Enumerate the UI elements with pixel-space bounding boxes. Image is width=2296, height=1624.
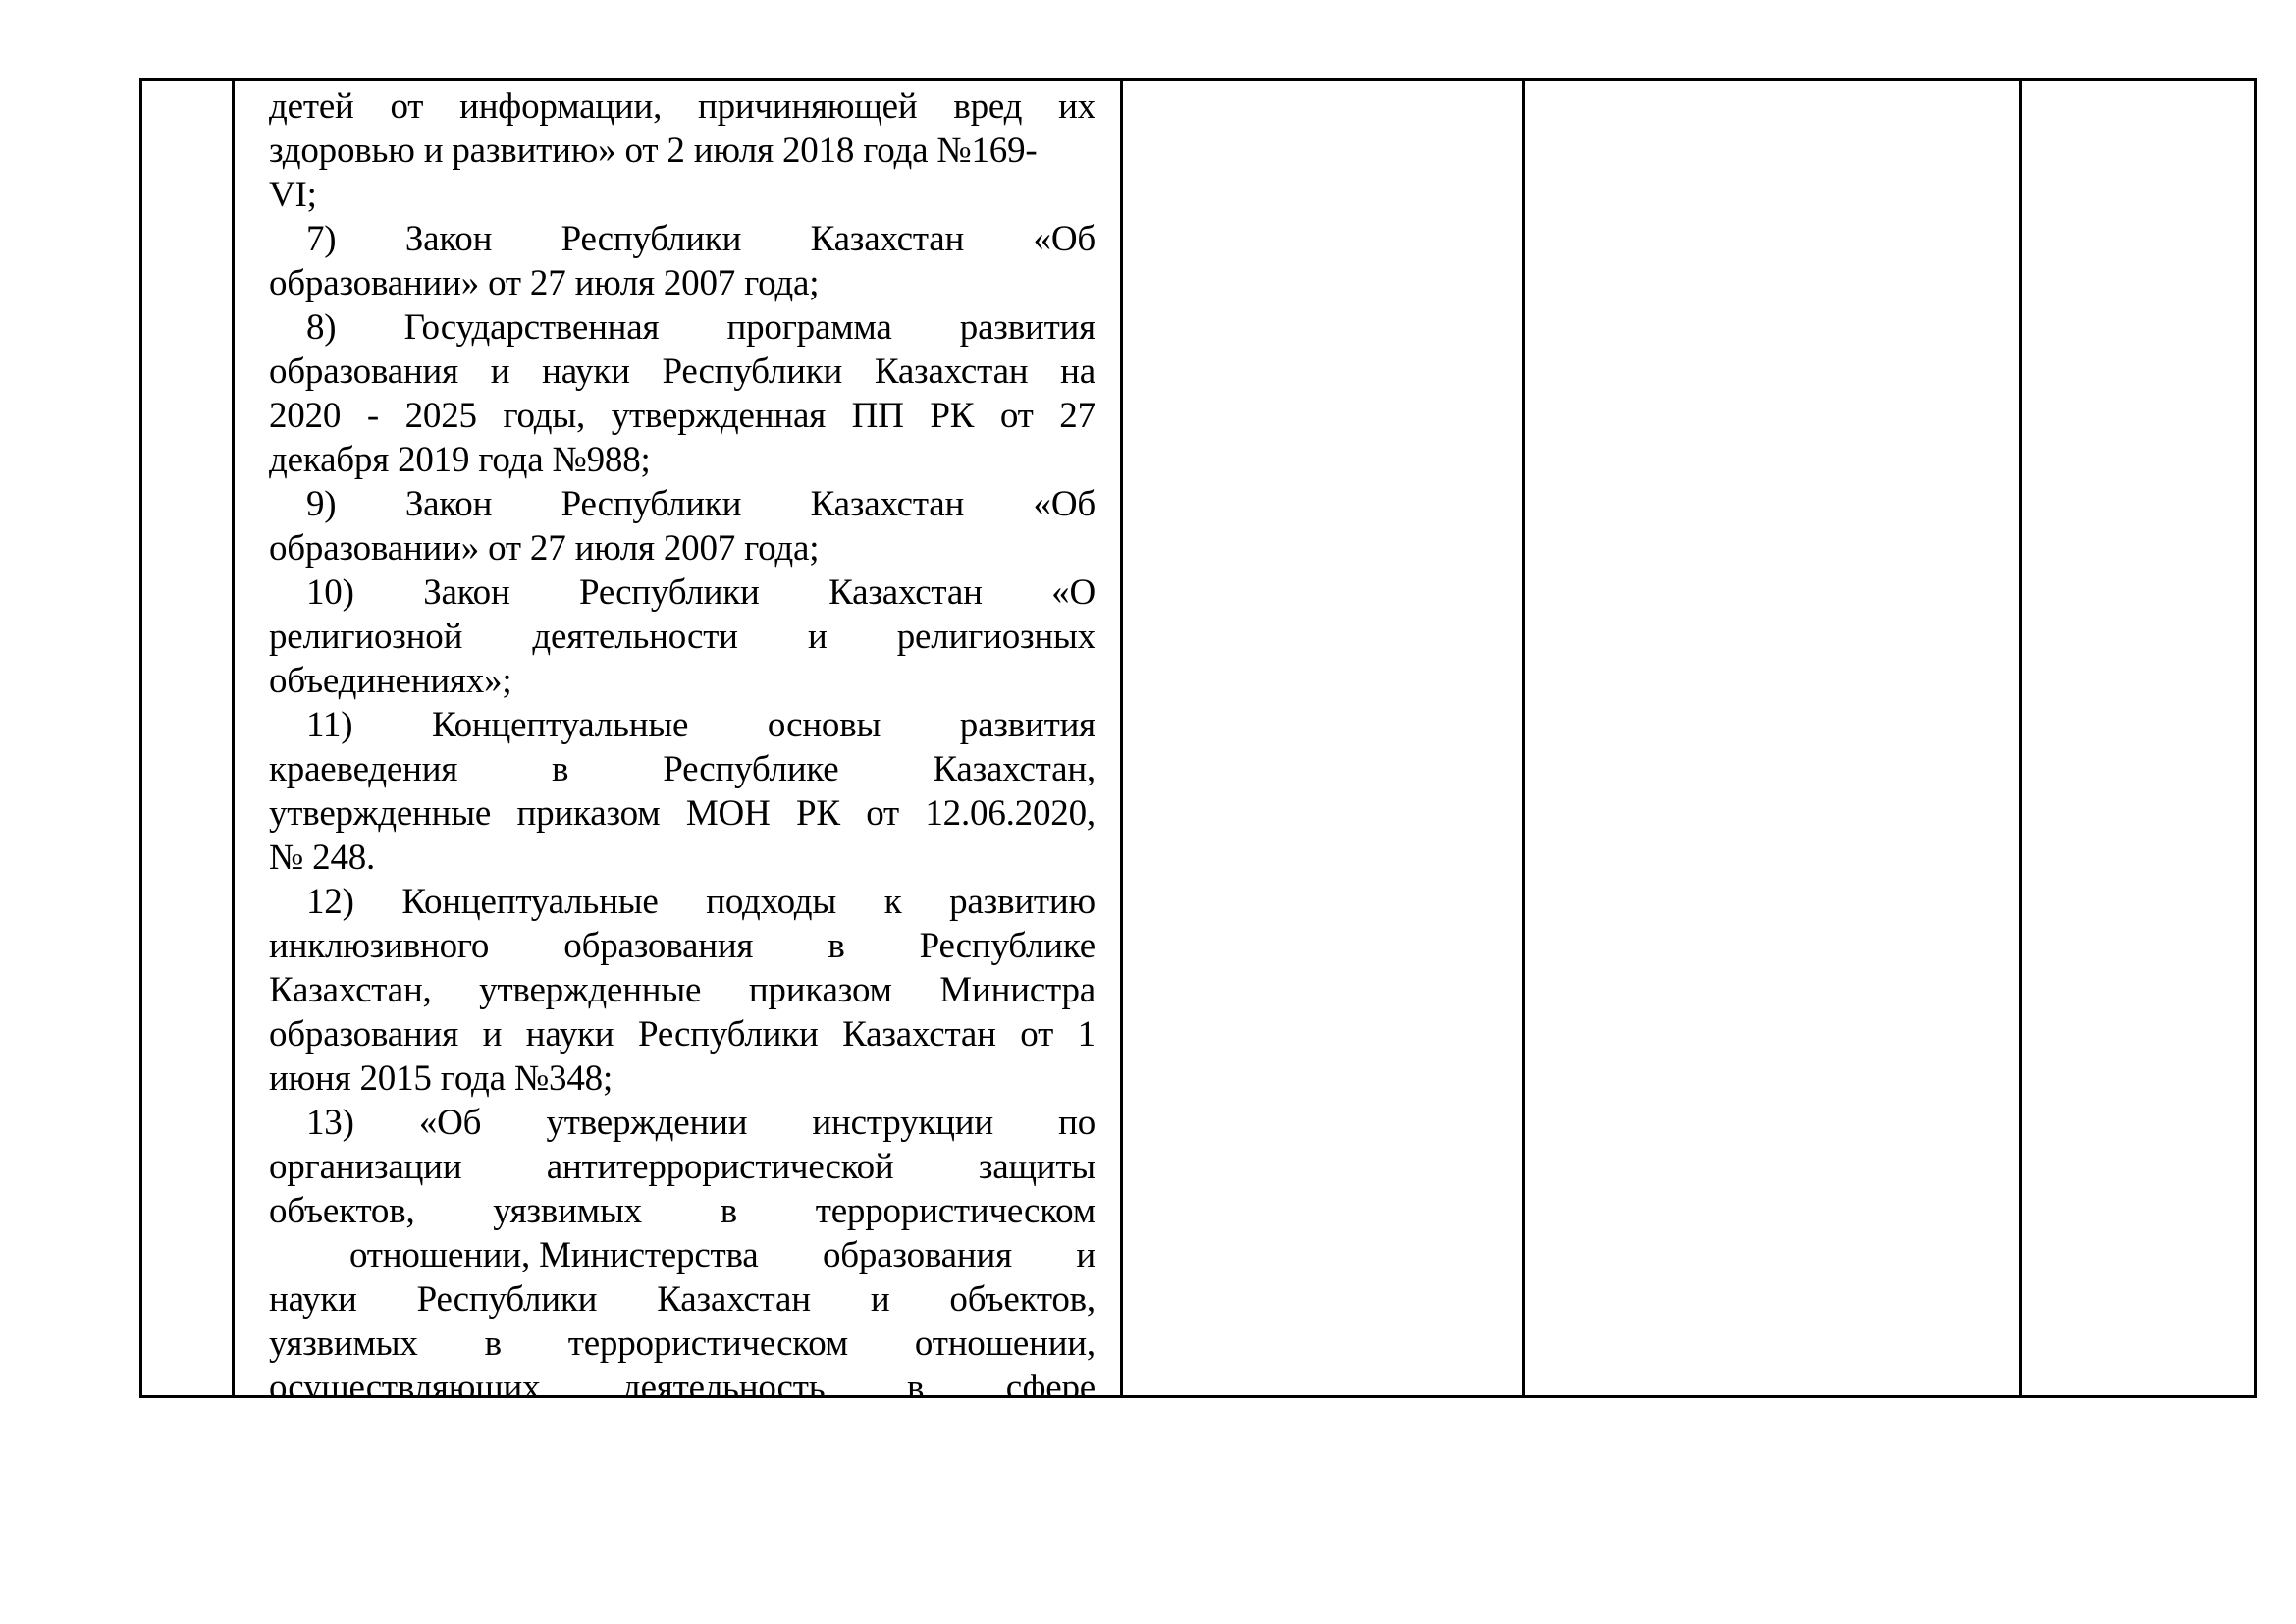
word: Республики — [417, 1277, 598, 1322]
word: от — [866, 791, 899, 836]
word: ПП — [852, 394, 904, 438]
word: религиозной — [269, 615, 462, 659]
word: Казахстан — [828, 570, 983, 615]
word: Республике — [663, 747, 838, 791]
word: образования — [563, 924, 753, 968]
text-line: 7)ЗаконРеспубликиКазахстан«Об — [269, 217, 1095, 261]
word: развития — [960, 305, 1095, 350]
word: объектов, — [949, 1277, 1095, 1322]
word: 10) — [306, 570, 354, 615]
word: объектов, — [269, 1189, 415, 1233]
word: и — [808, 615, 828, 659]
word: по — [1058, 1101, 1095, 1145]
word: Казахстан — [842, 1012, 996, 1056]
word: 2025 — [405, 394, 477, 438]
text-line: 2020-2025годы,утвержденнаяППРКот27 — [269, 394, 1095, 438]
word: 11) — [306, 703, 352, 747]
word: 1 — [1078, 1012, 1095, 1056]
text-line: объектов,уязвимыхвтеррористическом — [269, 1189, 1095, 1233]
word: Государственная — [404, 305, 660, 350]
word: основы — [768, 703, 881, 747]
word: уязвимых — [493, 1189, 642, 1233]
column-divider — [232, 81, 235, 1395]
text-line: Казахстан,утвержденныеприказомМинистра — [269, 968, 1095, 1012]
column-3-cell — [1126, 81, 1525, 1395]
word: защиты — [979, 1145, 1095, 1189]
text-line: религиознойдеятельностиирелигиозных — [269, 615, 1095, 659]
word: в — [721, 1189, 737, 1233]
text-line: образовании» от 27 июля 2007 года; — [269, 526, 1095, 570]
word: инклюзивного — [269, 924, 489, 968]
word: и — [871, 1277, 890, 1322]
word: 27 — [1059, 394, 1095, 438]
word: Республики — [561, 482, 742, 526]
word: 12) — [306, 880, 354, 924]
word: «О — [1051, 570, 1095, 615]
word: религиозных — [897, 615, 1095, 659]
word: «Об — [1034, 482, 1095, 526]
column-5-cell — [2025, 81, 2254, 1395]
text-line: 12)Концептуальныеподходыкразвитию — [269, 880, 1095, 924]
word: в — [485, 1322, 502, 1366]
word: террористическом — [816, 1189, 1095, 1233]
document-table: детейотинформации,причиняющейвредихздоро… — [139, 78, 2257, 1398]
word: организации — [269, 1145, 461, 1189]
text-line: 8)Государственнаяпрограммаразвития — [269, 305, 1095, 350]
word: Республики — [662, 350, 842, 394]
column-divider — [1522, 81, 1525, 1395]
word: «Об — [419, 1101, 481, 1145]
word: причиняющей — [698, 84, 918, 129]
word: развития — [960, 703, 1095, 747]
word: образования — [823, 1233, 1012, 1277]
word: образования — [269, 1012, 458, 1056]
word: и — [1076, 1233, 1095, 1277]
text-line: уязвимыхвтеррористическомотношении, — [269, 1322, 1095, 1366]
text-line: образовании» от 27 июля 2007 года; — [269, 261, 1095, 305]
word: науки — [269, 1277, 357, 1322]
word: Казахстан — [811, 482, 965, 526]
word: краеведения — [269, 747, 457, 791]
text-line: 11)Концептуальныеосновыразвития — [269, 703, 1095, 747]
word: Республики — [579, 570, 760, 615]
word: отношении, Министерства — [349, 1233, 759, 1277]
text-line: детейотинформации,причиняющейвредих — [269, 84, 1095, 129]
text-line: VI; — [269, 173, 1095, 217]
word: приказом — [517, 791, 661, 836]
word: образования — [269, 350, 458, 394]
word: утвержденные — [269, 791, 491, 836]
word: Казахстан — [657, 1277, 811, 1322]
word: Казахстан, — [269, 968, 432, 1012]
word: деятельности — [532, 615, 737, 659]
word: РК — [930, 394, 974, 438]
word: осуществляющих — [269, 1366, 540, 1395]
text-line: июня 2015 года №348; — [269, 1056, 1095, 1101]
word: в — [907, 1366, 924, 1395]
word: 7) — [306, 217, 336, 261]
word: в — [828, 924, 844, 968]
word: уязвимых — [269, 1322, 418, 1366]
text-line: осуществляющихдеятельностьвсфере — [269, 1366, 1095, 1395]
text-line: отношении, Министерстваобразованияи — [269, 1233, 1095, 1277]
word: утвержденные — [479, 968, 701, 1012]
legal-basis-cell: детейотинформации,причиняющейвредихздоро… — [238, 81, 1123, 1395]
word: Казахстан — [875, 350, 1029, 394]
word: вред — [953, 84, 1022, 129]
word: к — [884, 880, 902, 924]
word: Казахстан — [811, 217, 965, 261]
text-line: наукиРеспубликиКазахстаниобъектов, — [269, 1277, 1095, 1322]
word: Республики — [561, 217, 742, 261]
text-line: 13)«Обутвержденииинструкциипо — [269, 1101, 1095, 1145]
word: информации, — [459, 84, 662, 129]
word: Республике — [920, 924, 1095, 968]
word: от — [390, 84, 423, 129]
word: деятельность — [622, 1366, 825, 1395]
word: на — [1060, 350, 1095, 394]
word: приказом — [749, 968, 892, 1012]
word: 9) — [306, 482, 336, 526]
column-4-cell — [1528, 81, 2022, 1395]
word: сфере — [1006, 1366, 1095, 1395]
word: науки — [526, 1012, 614, 1056]
word: антитеррористической — [547, 1145, 894, 1189]
text-line: № 248. — [269, 836, 1095, 880]
column-divider — [2019, 81, 2022, 1395]
word: Закон — [405, 217, 492, 261]
column-divider — [1120, 81, 1123, 1395]
word: 13) — [306, 1101, 354, 1145]
text-line: декабря 2019 года №988; — [269, 438, 1095, 482]
text-line: краеведениявРеспубликеКазахстан, — [269, 747, 1095, 791]
word: годы, — [503, 394, 585, 438]
word: их — [1058, 84, 1095, 129]
word: 12.06.2020, — [925, 791, 1095, 836]
word: от — [1020, 1012, 1053, 1056]
word: и — [491, 350, 510, 394]
word: развитию — [949, 880, 1095, 924]
word: науки — [542, 350, 630, 394]
legal-basis-text: детейотинформации,причиняющейвредихздоро… — [269, 84, 1095, 1395]
word: и — [483, 1012, 503, 1056]
word: детей — [269, 84, 354, 129]
text-line: утвержденныеприказомМОНРКот12.06.2020, — [269, 791, 1095, 836]
word: утверждении — [546, 1101, 747, 1145]
word: Концептуальные — [401, 880, 658, 924]
row-number-cell — [142, 81, 235, 1395]
text-line: 10)ЗаконРеспубликиКазахстан«О — [269, 570, 1095, 615]
word: «Об — [1034, 217, 1095, 261]
text-line: здоровью и развитию» от 2 июля 2018 года… — [269, 129, 1095, 173]
word: Концептуальные — [432, 703, 688, 747]
word: террористическом — [568, 1322, 848, 1366]
word: - — [367, 394, 379, 438]
text-line: организацииантитеррористическойзащиты — [269, 1145, 1095, 1189]
word: от — [1000, 394, 1034, 438]
word: в — [552, 747, 568, 791]
word: МОН — [686, 791, 771, 836]
text-line: образованияинаукиРеспубликиКазахстанот1 — [269, 1012, 1095, 1056]
text-line: 9)ЗаконРеспубликиКазахстан«Об — [269, 482, 1095, 526]
word: 2020 — [269, 394, 341, 438]
word: утвержденная — [612, 394, 826, 438]
word: отношении, — [915, 1322, 1095, 1366]
word: 8) — [306, 305, 336, 350]
document-page: детейотинформации,причиняющейвредихздоро… — [0, 0, 2296, 1624]
word: Республики — [638, 1012, 819, 1056]
word: Министра — [939, 968, 1095, 1012]
word: Закон — [423, 570, 509, 615]
text-line: инклюзивногообразованиявРеспублике — [269, 924, 1095, 968]
word: Казахстан, — [933, 747, 1095, 791]
word: Закон — [405, 482, 492, 526]
word: программа — [727, 305, 892, 350]
text-line: образованияинаукиРеспубликиКазахстанна — [269, 350, 1095, 394]
text-line: объединениях»; — [269, 659, 1095, 703]
word: РК — [796, 791, 840, 836]
word: инструкции — [812, 1101, 993, 1145]
word: подходы — [706, 880, 836, 924]
